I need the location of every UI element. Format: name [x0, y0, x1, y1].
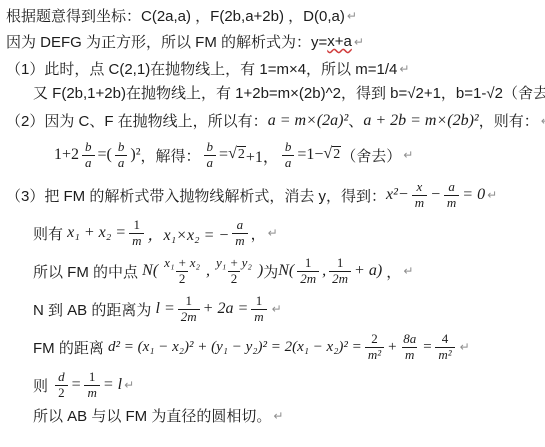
fraction-numerator: b — [82, 140, 95, 155]
math-segment: = 0 — [462, 186, 485, 204]
fraction-denominator: a — [204, 155, 217, 171]
line-distance-fm: FM 的距离 d² = (x₁ − x₂)² + (y₁ − y₂)² = 2(… — [33, 329, 539, 365]
fraction-denominator: m — [251, 309, 266, 325]
fraction-b-over-a: ba — [282, 140, 295, 170]
fraction-numerator: 1 — [302, 256, 315, 271]
math-segment: ，x₁×x₂ = − — [147, 222, 229, 245]
math-segment: x²− — [386, 186, 409, 204]
math-segment: =( — [98, 146, 112, 164]
fraction-denominator: m — [412, 195, 427, 211]
fraction-a-over-m: am — [444, 180, 459, 210]
math-segment: d² = (x₁ − x₂)² + (y₁ − y₂)² = 2(x₁ − x₂… — [108, 339, 362, 356]
fraction-denominator: m — [232, 233, 247, 249]
fraction-numerator: b — [282, 140, 295, 155]
text-segment: FM 的距离 — [33, 337, 108, 358]
math-segment: N( — [278, 262, 294, 280]
fraction-b-over-a: ba — [115, 140, 128, 170]
radical-radicand: 2 — [237, 146, 246, 163]
math-segment: =1− — [297, 146, 323, 164]
fraction-denominator: 2 — [176, 271, 189, 287]
math-segment: )² — [130, 146, 140, 164]
fraction-numerator: 8a — [400, 332, 419, 347]
math-equation-a: a = m×(2a)² — [268, 112, 349, 130]
text-segment: 因为 DEFG 为正方形，所以 FM 的解析式为：y= — [6, 31, 327, 52]
text-segment: ， — [251, 223, 266, 244]
text-segment: （3）把 FM 的解析式带入抛物线解析式，消去 y，得到： — [6, 185, 386, 206]
math-segment: x₁ + x₂ = — [67, 224, 126, 242]
line-part1-point-c: （1）此时，点 C(2,1)在抛物线上，有 1=m×4，所以 m=1/4 ↵ — [6, 58, 539, 79]
text-segment: 所以 FM 的中点 — [33, 261, 142, 282]
paragraph-mark: ↵ — [124, 378, 134, 392]
fraction-b-over-a: ba — [82, 140, 95, 170]
fraction-numerator: 1 — [253, 294, 266, 309]
paragraph-mark: ↵ — [460, 340, 470, 354]
math-segment: +1， — [246, 144, 279, 167]
paragraph-mark: ↵ — [272, 302, 282, 316]
fraction-1-over-m: 1m — [84, 370, 99, 400]
fraction-numerator: y₁ + y₂ — [213, 256, 255, 271]
fraction-1-over-m: 1m — [129, 218, 144, 248]
fraction-numerator: x — [414, 180, 426, 195]
text-segment: 则有 — [33, 223, 67, 244]
fraction-numerator: 1 — [182, 294, 195, 309]
line-conclusion: 所以 AB 与以 FM 为直径的圆相切。 ↵ — [33, 405, 539, 426]
radical-sign: √ — [323, 146, 332, 162]
text-segment: 所以 AB 与以 FM 为直径的圆相切。 — [33, 405, 271, 426]
fraction-numerator: a — [234, 218, 247, 233]
paragraph-mark: ↵ — [399, 62, 409, 76]
line-fm-equation: 因为 DEFG 为正方形，所以 FM 的解析式为：y= x+a ↵ — [6, 31, 539, 52]
spellcheck-underlined-text: x+a — [327, 33, 352, 50]
fraction-denominator: m — [402, 347, 417, 363]
separator: 、 — [348, 110, 363, 131]
line-part2-intro: （2）因为 C、F 在抛物线上，所以有： a = m×(2a)² 、 a + 2… — [6, 110, 539, 131]
fraction-numerator: b — [204, 140, 217, 155]
fraction-1-over-2m: 12m — [329, 256, 351, 286]
math-segment: + — [387, 339, 397, 356]
fraction-denominator: m — [129, 233, 144, 249]
fraction-denominator: a — [282, 155, 295, 171]
fraction-denominator: 2 — [55, 385, 68, 401]
fraction-1-over-2m: 12m — [297, 256, 319, 286]
fraction-1-over-2m: 12m — [178, 294, 200, 324]
line-conclusion-eq: 则 d2 = 1m = l ↵ — [33, 367, 539, 403]
fraction-numerator: 4 — [439, 332, 452, 347]
math-segment: − — [430, 186, 441, 204]
line-part2-solve: 1+2 ba =( ba )² ，解得： ba = √2 +1， ba =1− … — [54, 137, 539, 173]
text-segment: 根据题意得到坐标：C(2a,a) ，F(2b,a+2b) ，D(0,a) — [6, 5, 345, 26]
fraction-x1x2-over-2: x₁ + x₂2 — [161, 256, 203, 286]
fraction-denominator: 2m — [329, 271, 351, 287]
math-segment: + 2a = — [203, 300, 249, 318]
fraction-denominator: m² — [365, 347, 384, 363]
fraction-numerator: d — [55, 370, 68, 385]
math-segment: = l — [103, 376, 122, 394]
fraction-2-over-m2: 2m² — [365, 332, 384, 362]
math-equation-a2b: a + 2b = m×(2b)² — [363, 112, 478, 130]
line-part3-intro: （3）把 FM 的解析式带入抛物线解析式，消去 y，得到： x²− xm − a… — [6, 177, 539, 213]
text-segment: N 到 AB 的距离为 — [33, 299, 156, 320]
paragraph-mark: ↵ — [487, 188, 497, 202]
fraction-numerator: 1 — [86, 370, 99, 385]
fraction-denominator: 2 — [228, 271, 241, 287]
line-coordinates: 根据题意得到坐标：C(2a,a) ，F(2b,a+2b) ，D(0,a) ↵ — [6, 5, 539, 26]
fraction-numerator: 2 — [368, 332, 381, 347]
fraction-denominator: m — [84, 385, 99, 401]
line-vieta: 则有 x₁ + x₂ = 1m ，x₁×x₂ = − am ， ↵ — [33, 215, 539, 251]
comma: , — [206, 262, 210, 280]
fraction-numerator: a — [445, 180, 458, 195]
comma: , — [322, 262, 326, 280]
radical-radicand: 2 — [332, 146, 341, 163]
text-segment: （1）此时，点 C(2,1)在抛物线上，有 1=m×4，所以 m=1/4 — [6, 58, 397, 79]
line-part1-point-f: 又 F(2b,1+2b)在抛物线上，有 1+2b=m×(2b)^2，得到 b=√… — [33, 82, 539, 103]
paragraph-mark: ↵ — [347, 9, 357, 23]
text-segment: ， — [382, 261, 401, 282]
fraction-8a-over-m: 8am — [400, 332, 419, 362]
fraction-1-over-m: 1m — [251, 294, 266, 324]
fraction-denominator: a — [115, 155, 128, 171]
math-segment: = — [422, 339, 432, 356]
radical-sign: √ — [228, 146, 237, 162]
fraction-numerator: x₁ + x₂ — [161, 256, 203, 271]
text-segment: （2）因为 C、F 在抛物线上，所以有： — [6, 110, 268, 131]
fraction-b-over-a: ba — [204, 140, 217, 170]
math-segment: 1+2 — [54, 146, 79, 164]
text-segment: 为 — [263, 261, 278, 282]
fraction-y1y2-over-2: y₁ + y₂2 — [213, 256, 255, 286]
math-segment: l = — [156, 300, 175, 318]
line-distance-l: N 到 AB 的距离为 l = 12m + 2a = 1m ↵ — [33, 291, 539, 327]
fraction-denominator: m — [444, 195, 459, 211]
line-midpoint: 所以 FM 的中点 N( x₁ + x₂2 , y₁ + y₂2 ) 为 N( … — [33, 253, 539, 289]
fraction-4-over-m2: 4m² — [435, 332, 454, 362]
radical-sqrt2: √2 — [228, 146, 246, 163]
fraction-denominator: a — [82, 155, 95, 171]
paragraph-mark: ↵ — [354, 35, 364, 49]
fraction-numerator: 1 — [334, 256, 347, 271]
paragraph-mark: ↵ — [268, 226, 278, 240]
fraction-a-over-m: am — [232, 218, 247, 248]
fraction-denominator: 2m — [178, 309, 200, 325]
fraction-x-over-m: xm — [412, 180, 427, 210]
fraction-denominator: 2m — [297, 271, 319, 287]
paragraph-mark: ↵ — [541, 114, 545, 128]
fraction-denominator: m² — [435, 347, 454, 363]
paragraph-mark: ↵ — [403, 148, 413, 162]
text-segment: （舍去） — [341, 145, 401, 166]
paragraph-mark: ↵ — [403, 264, 413, 278]
document-page: 根据题意得到坐标：C(2a,a) ，F(2b,a+2b) ，D(0,a) ↵ 因… — [0, 0, 545, 447]
fraction-d-over-2: d2 — [55, 370, 68, 400]
paragraph-mark: ↵ — [273, 409, 283, 423]
text-segment: 又 F(2b,1+2b)在抛物线上，有 1+2b=m×(2b)^2，得到 b=√… — [33, 82, 545, 103]
radical-sqrt2: √2 — [323, 146, 341, 163]
math-segment: + a) — [354, 262, 382, 280]
fraction-numerator: b — [115, 140, 128, 155]
math-segment: N( — [142, 262, 158, 280]
math-segment: = — [219, 146, 228, 164]
fraction-numerator: 1 — [131, 218, 144, 233]
text-segment: ，解得： — [141, 145, 201, 166]
math-segment: = — [71, 376, 82, 394]
text-segment: 则 — [33, 375, 52, 396]
text-segment: ，则有： — [479, 110, 539, 131]
